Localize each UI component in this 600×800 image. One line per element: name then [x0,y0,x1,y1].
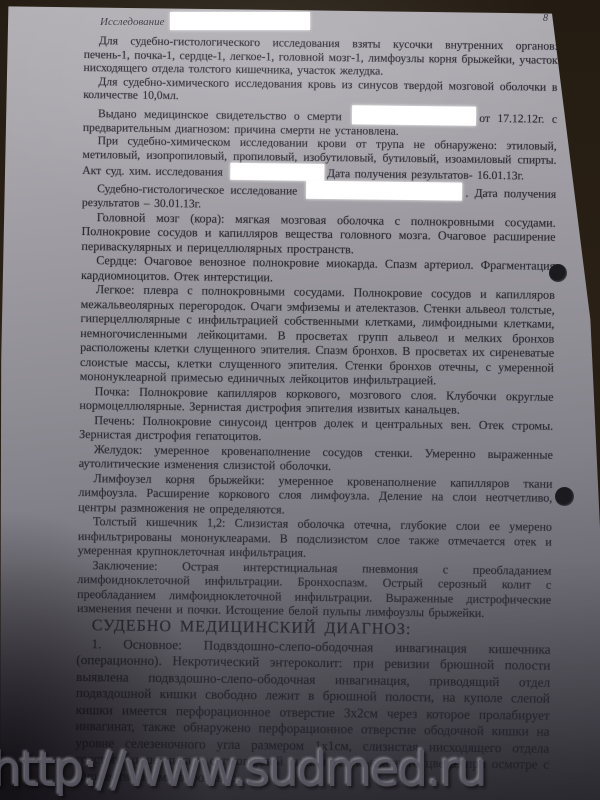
redaction-box [170,12,310,30]
text-run: Легкое: плевра с полнокровными сосудами.… [80,282,555,387]
header-label: Исследование [100,16,165,28]
text-run: Желудок: умеренное кровенаполнение сосуд… [79,442,553,473]
text-run: Дата получения результатов- 16.01.13г. [327,167,524,182]
page-header: Исследование [100,12,560,30]
paragraph: Для судебно-гистологического исследовани… [84,34,558,80]
redaction-box [306,181,462,201]
text-run: Заключение: Острая интерстициальная пнев… [77,558,552,620]
paragraph: Легкое: плевра с полнокровными сосудами.… [80,282,555,389]
text-run: Головной мозг (кора): мягкая мозговая об… [81,210,555,256]
hole-punch-dot [555,487,574,506]
text-run: Для судебно-химического исследования кро… [83,75,557,102]
watermark-url: http://www.sudmed.ru [0,746,600,794]
text-run: Сердце: Очаговое венозное полнокровие ми… [81,253,555,284]
text-run: Для судебно-гистологического исследовани… [84,34,558,77]
document-body: Для судебно-гистологического исследовани… [75,34,558,790]
hole-punch-dot [549,264,567,282]
text-run: Лимфоузел корня брыжейки: умеренное кров… [78,471,552,516]
page-number: 8 [543,13,548,24]
text-run: Почка: Полнокровие капилляров коркового,… [79,384,553,417]
text-run: СУДЕБНО МЕДИЦИНСКИЙ ДИАГНОЗ: [92,617,412,638]
document-page: Исследование 8 Для судебно-гистологическ… [0,0,600,800]
text-run: Печень: Полнокровие синусоид центров дол… [79,413,553,444]
text-run: Толстый кишечник 1,2: Слизистая оболочка… [78,514,552,560]
paragraph: При судебно-химическом исследовании кров… [82,134,557,184]
redaction-box [352,105,476,126]
paragraph: Заключение: Острая интерстициальная пнев… [77,557,552,621]
paragraph: Головной мозг (кора): мягкая мозговая об… [81,209,555,258]
paragraph: Толстый кишечник 1,2: Слизистая оболочка… [78,514,552,563]
text-run: Судебно-гистологическое исследование [97,182,304,198]
paragraph: Лимфоузел корня брыжейки: умеренное кров… [78,470,552,519]
redaction-box [230,163,324,181]
